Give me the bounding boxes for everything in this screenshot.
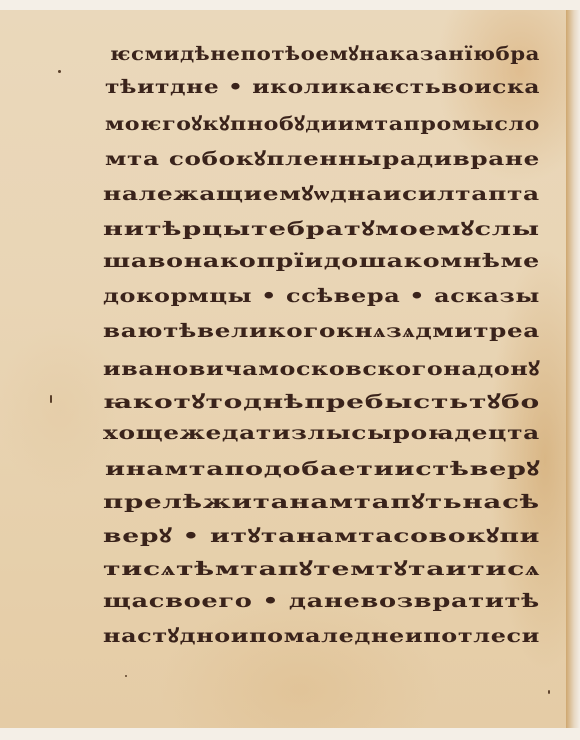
manuscript-line: належащиемꙋѡднаисилтапта: [103, 180, 540, 206]
ink-speck: [58, 70, 61, 73]
top-margin: [0, 0, 580, 10]
manuscript-line: щасвоего • даневозвратитѣ: [103, 590, 540, 612]
ink-speck: [50, 395, 52, 403]
manuscript-line: ѥсмидѣнепотѣоемꙋнаказанїюбра: [110, 40, 540, 66]
bottom-margin: [0, 728, 580, 740]
manuscript-line: тѣитдне • иколикаѥстьвоиска: [105, 76, 540, 98]
manuscript-line: шавонакопрїидошакомнѣме: [103, 250, 540, 272]
page-edge: [566, 10, 580, 730]
manuscript-line: настꙋдноипомаледнеипотлеси: [103, 622, 540, 648]
ink-speck: [548, 690, 550, 694]
manuscript-line: моѥгоꙋкꙋпнобꙋдиимтапромысло: [105, 110, 540, 136]
manuscript-line: тисѧтѣмтапꙋтемтꙋтаитисѧ: [103, 555, 540, 581]
ink-speck: [125, 675, 127, 677]
manuscript-line: ваютѣвеликогокнѧзѧдмитреа: [103, 320, 540, 343]
manuscript-line: верꙋ • итꙋтанамтасовокꙋпи: [103, 522, 540, 548]
manuscript-line: докормцы • ссѣвера • асказы: [103, 285, 540, 307]
manuscript-line: инамтаподобаетиистѣверꙋ: [105, 455, 540, 481]
manuscript-line: ꙗкотꙋтоднѣпребыстьтꙋбо: [103, 388, 540, 414]
manuscript-line: мта собокꙋпленнырадивране: [105, 145, 540, 171]
manuscript-line: прелѣжитанамтапꙋтьнасѣ: [103, 488, 540, 514]
manuscript-line: хощежедатизлысыроꙗдецта: [103, 422, 540, 444]
manuscript-line: нитѣрцытебратꙋмоемꙋслы: [103, 215, 540, 241]
manuscript-line: ивановичамосковскогонадонꙋ: [103, 355, 540, 381]
